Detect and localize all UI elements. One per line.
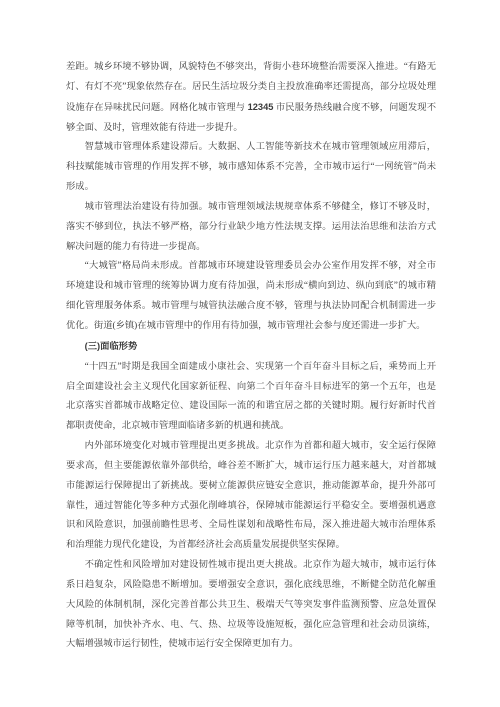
text-run: “大城管”格局尚未形成。首都城市环境建设管理委员会办公室作用发挥不够，对全市环境… [66,261,436,331]
text-run: 不确定性和风险增加对建设韧性城市提出更大挑战。北京作为超大城市，城市运行体系日趋… [66,560,436,649]
paragraph-smart-city-management-lag: 智慧城市管理体系建设滞后。大数据、人工智能等新技术在城市管理领域应用滞后，科技赋… [66,138,436,198]
document-page: 差距。城乡环境不够协调，风貌特色不够突出，背街小巷环境整治需要深入推进。“有路无… [0,0,500,707]
paragraph-14th-five-year-period: “十四五”时期是我国全面建成小康社会、实现第一个百年奋斗目标之后，乘势而上开启全… [66,358,436,437]
bold-text-run: 12345 [248,102,274,112]
paragraph-grand-city-management-pattern: “大城管”格局尚未形成。首都城市环境建设管理委员会办公室作用发挥不够，对全市环境… [66,257,436,336]
paragraph-internal-external-environment-challenges: 内外部环境变化对城市管理提出更多挑战。北京作为首都和超大城市，安全运行保障要求高… [66,437,436,556]
heading-section-three-situation: (三)面临形势 [66,337,436,358]
text-run: 智慧城市管理体系建设滞后。大数据、人工智能等新技术在城市管理领域应用滞后，科技赋… [66,142,436,192]
text-run: “十四五”时期是我国全面建成小康社会、实现第一个百年奋斗目标之后，乘势而上开启全… [66,362,436,432]
paragraph-rule-of-law-needs-strengthening: 城市管理法治建设有待加强。城市管理领域法规规章体系不够健全，修订不够及时，落实不… [66,198,436,258]
paragraph-uncertainty-resilient-city-challenges: 不确定性和风险增加对建设韧性城市提出更大挑战。北京作为超大城市，城市运行体系日趋… [66,556,436,655]
paragraph-environment-shortcomings-continuation: 差距。城乡环境不够协调，风貌特色不够突出，背街小巷环境整治需要深入推进。“有路无… [66,58,436,138]
document-body: 差距。城乡环境不够协调，风貌特色不够突出，背街小巷环境整治需要深入推进。“有路无… [66,58,436,655]
text-run: 城市管理法治建设有待加强。城市管理领域法规规章体系不够健全，修订不够及时，落实不… [66,202,436,252]
text-run: 内外部环境变化对城市管理提出更多挑战。北京作为首都和超大城市，安全运行保障要求高… [66,441,436,550]
bold-text-run: (三)面临形势 [85,341,138,351]
